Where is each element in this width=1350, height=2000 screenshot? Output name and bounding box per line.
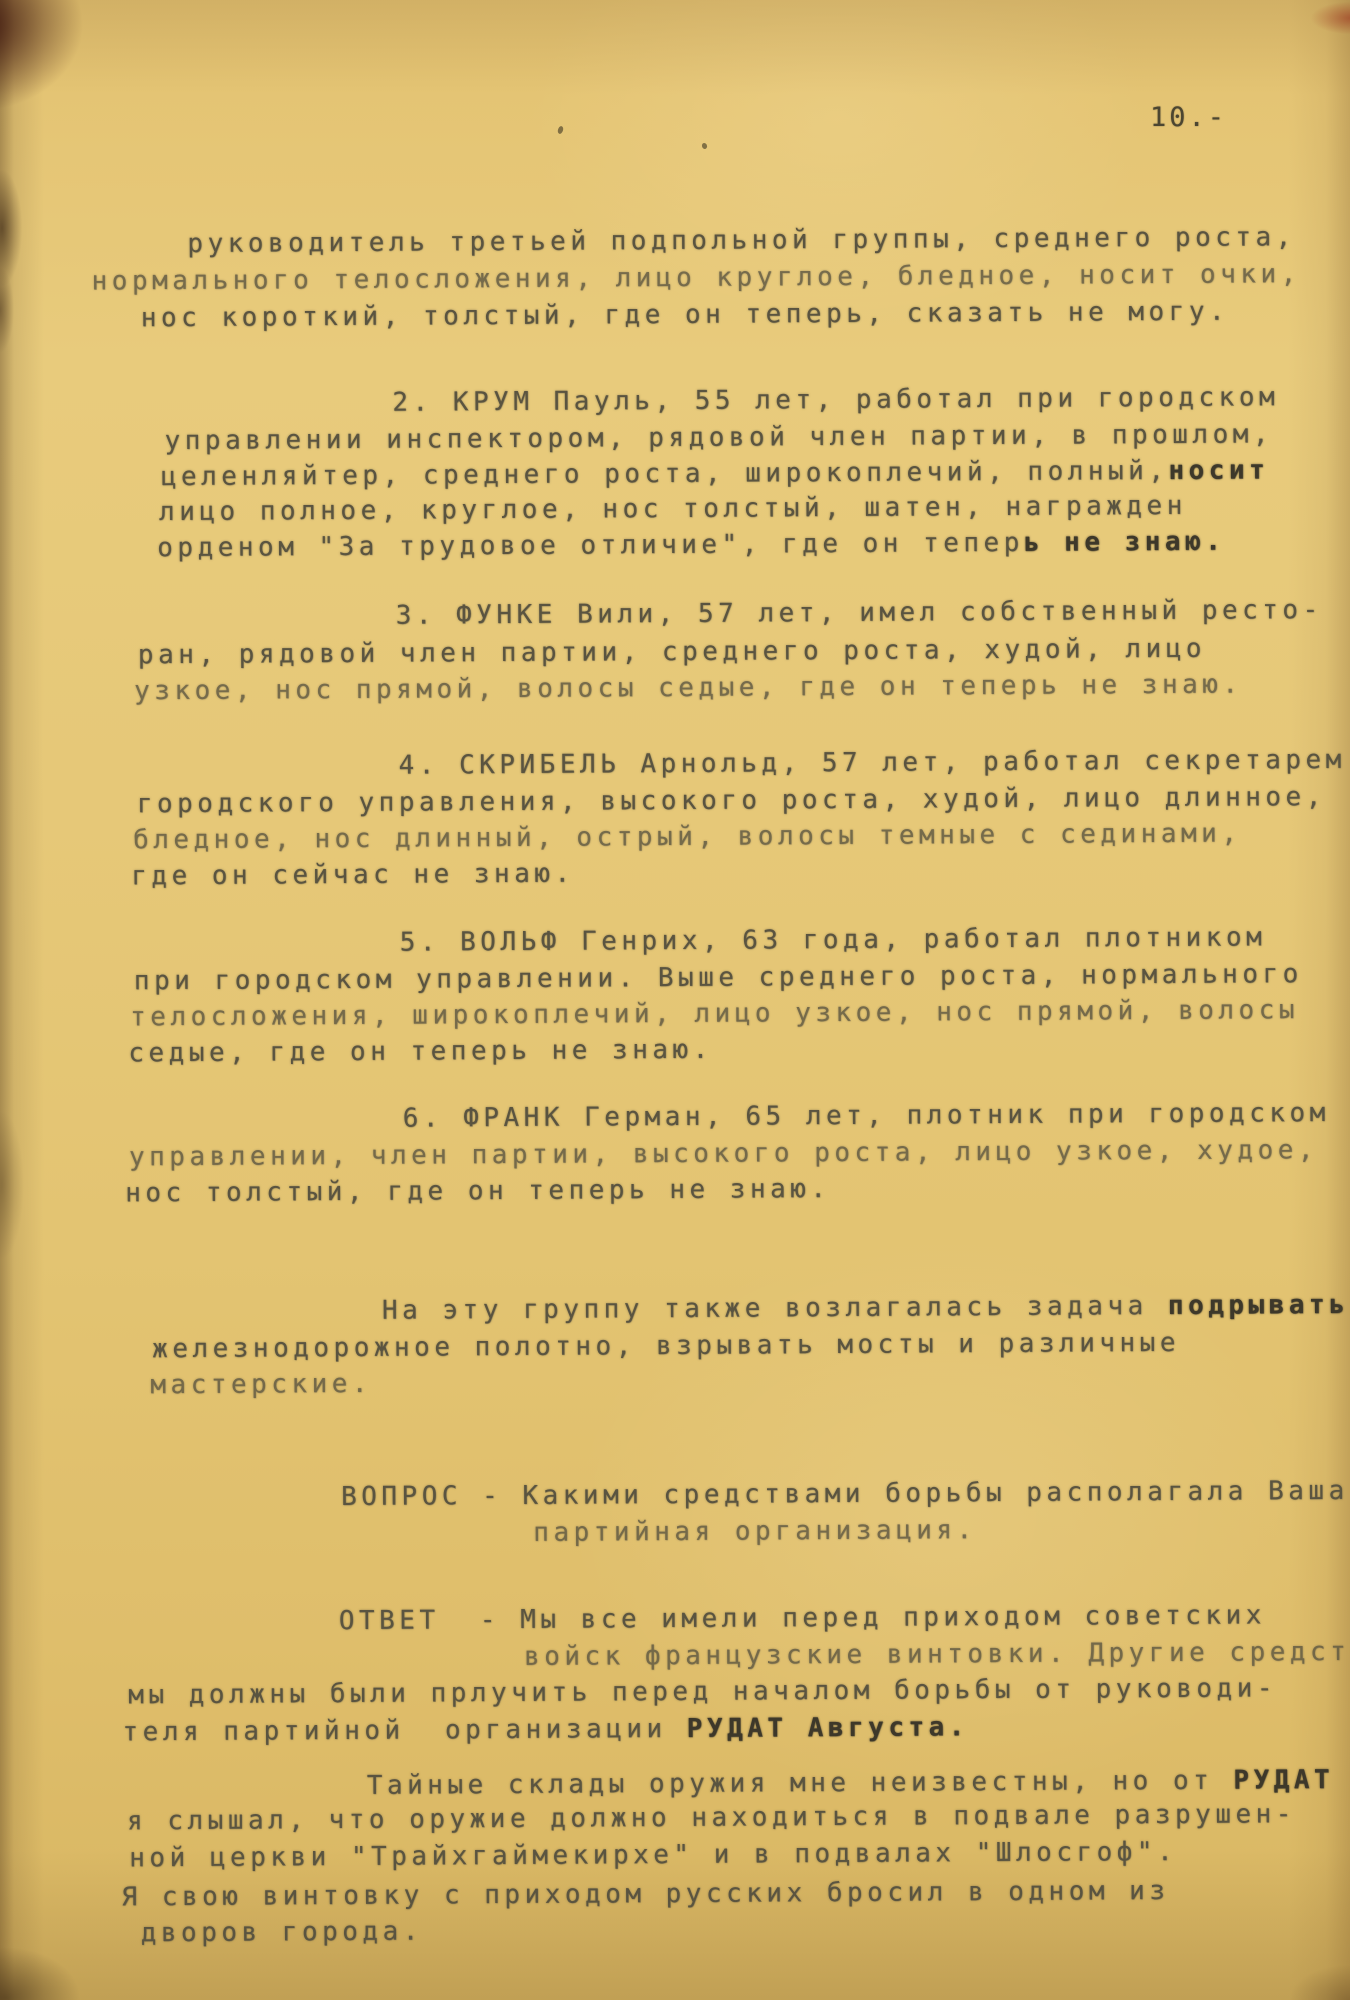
- typed-text: мы должны были прлучить перед началом бо…: [128, 1673, 1277, 1710]
- typed-text: седые, где он теперь не знаю.: [128, 1035, 713, 1069]
- typed-line: 2. КРУМ Пауль, 55 лет, работал при город…: [392, 382, 1279, 417]
- typed-line: управлении, член партии, высокого роста,…: [129, 1135, 1318, 1172]
- typed-text: железнодорожное полотно, взрывать мосты …: [152, 1328, 1180, 1364]
- typed-text: целенляйтер, среднего роста, широкоплечи…: [161, 456, 1169, 492]
- typed-line: мастерские.: [150, 1369, 372, 1400]
- typed-text: 4. СКРИБЕЛЬ Арнольд, 57 лет, работал сек…: [398, 745, 1345, 781]
- typed-text: телосложения, широкоплечий, лицо узкое, …: [130, 995, 1299, 1032]
- typed-line: железнодорожное полотно, взрывать мосты …: [152, 1328, 1180, 1364]
- typed-line: Я свою винтовку с приходом русских броси…: [121, 1876, 1169, 1912]
- typed-text: теля партийной организации: [122, 1714, 686, 1747]
- typed-line: где он сейчас не знаю.: [131, 859, 575, 892]
- typed-text: 2. КРУМ Пауль, 55 лет, работал при город…: [392, 382, 1279, 417]
- typed-line: На эту группу также возлагалась задача п…: [382, 1290, 1350, 1326]
- typed-line: 4. СКРИБЕЛЬ Арнольд, 57 лет, работал сек…: [398, 745, 1345, 781]
- typed-line: узкое, нос прямой, волосы седые, где он …: [134, 670, 1243, 707]
- typed-line: 5. ВОЛЬФ Генрих, 63 года, работал плотни…: [400, 922, 1267, 957]
- typed-text: 6. ФРАНК Герман, 65 лет, плотник при гор…: [403, 1098, 1330, 1134]
- typed-line: теля партийной организации РУДАТ Августа…: [122, 1712, 969, 1747]
- typed-text: дворов города.: [141, 1917, 423, 1949]
- typed-text: где он сейчас не знаю.: [131, 859, 575, 892]
- typed-line: партийная организация.: [533, 1515, 977, 1548]
- typed-text: при городском управлении. Выше среднего …: [134, 959, 1303, 996]
- typed-text: ВОПРОС - Какими средствами борьбы распол…: [341, 1476, 1349, 1512]
- typed-text: я слышал, что оружие должно находиться в…: [127, 1799, 1296, 1836]
- typed-line: лицо полное, круглое, нос толстый, шатен…: [159, 491, 1187, 527]
- typed-line: я слышал, что оружие должно находиться в…: [127, 1799, 1296, 1836]
- typed-text: нос толстый, где он теперь не знаю.: [125, 1174, 831, 1208]
- typed-line: целенляйтер, среднего роста, широкоплечи…: [161, 455, 1270, 492]
- typed-text: руководитель третьей подпольной группы, …: [187, 222, 1296, 259]
- typed-line: бледное, нос длинный, острый, волосы тем…: [133, 819, 1242, 856]
- typed-line: городского управления, высокого роста, х…: [137, 782, 1326, 819]
- typed-text: партийная организация.: [533, 1515, 977, 1548]
- typed-text: мастерские.: [150, 1369, 372, 1400]
- typed-line: мы должны были прлучить перед началом бо…: [128, 1673, 1277, 1710]
- typed-text: бледное, нос длинный, острый, волосы тем…: [133, 819, 1242, 856]
- typed-text: нормального телосложения, лицо круглое, …: [92, 259, 1301, 296]
- typed-text: узкое, нос прямой, волосы седые, где он …: [134, 670, 1243, 707]
- overtyped-text: ь не знаю.: [1024, 527, 1226, 558]
- typed-text: ран, рядовой член партии, среднего роста…: [138, 634, 1206, 671]
- typed-text: войск французские винтовки. Другие средс…: [524, 1637, 1350, 1672]
- typed-line: управлении инспектором, рядовой член пар…: [164, 419, 1273, 456]
- typed-line: орденом "За трудовое отличие", где он те…: [157, 527, 1225, 564]
- typed-text: Тайные склады оружия мне неизвестны, но …: [367, 1766, 1234, 1801]
- document-scan-page: 10.- руководитель третьей подпольной гру…: [0, 0, 1350, 2000]
- typed-text: орденом "За трудовое отличие", где он те…: [157, 528, 1024, 563]
- typed-line: Тайные склады оружия мне неизвестны, но …: [367, 1765, 1335, 1801]
- typed-line: войск французские винтовки. Другие средс…: [524, 1637, 1350, 1672]
- typed-text-layer: руководитель третьей подпольной группы, …: [0, 0, 1350, 2000]
- typed-line: 3. ФУНКЕ Вили, 57 лет, имел собственный …: [396, 595, 1323, 631]
- typed-text: ной церкви "Трайхгаймекирхе" и в подвала…: [129, 1837, 1177, 1873]
- typed-text: управлении инспектором, рядовой член пар…: [164, 419, 1273, 456]
- typed-line: нос толстый, где он теперь не знаю.: [125, 1174, 831, 1208]
- typed-text: лицо полное, круглое, нос толстый, шатен…: [159, 491, 1187, 527]
- typed-line: дворов города.: [141, 1917, 423, 1949]
- typed-line: при городском управлении. Выше среднего …: [134, 959, 1303, 996]
- typed-line: нос короткий, толстый, где он теперь, ск…: [141, 297, 1229, 334]
- typed-line: 6. ФРАНК Герман, 65 лет, плотник при гор…: [403, 1098, 1330, 1134]
- typed-text: нос короткий, толстый, где он теперь, ск…: [141, 297, 1229, 334]
- typed-text: городского управления, высокого роста, х…: [137, 782, 1326, 819]
- typed-line-question: ВОПРОС - Какими средствами борьбы распол…: [341, 1476, 1349, 1512]
- typed-line: седые, где он теперь не знаю.: [128, 1035, 713, 1069]
- typed-text: управлении, член партии, высокого роста,…: [129, 1135, 1318, 1172]
- typed-line: руководитель третьей подпольной группы, …: [187, 222, 1296, 259]
- overtyped-text: подрывать: [1168, 1290, 1350, 1321]
- typed-text: ОТВЕТ - Мы все имели перед приходом сове…: [339, 1600, 1266, 1636]
- typed-line: телосложения, широкоплечий, лицо узкое, …: [130, 995, 1299, 1032]
- typed-text: 5. ВОЛЬФ Генрих, 63 года, работал плотни…: [400, 922, 1267, 957]
- overtyped-text: РУДАТ: [1233, 1765, 1334, 1796]
- overtyped-text: носит: [1168, 455, 1269, 486]
- overtyped-text: РУДАТ Августа.: [687, 1712, 969, 1744]
- typed-text: Я свою винтовку с приходом русских броси…: [121, 1876, 1169, 1912]
- typed-line: ран, рядовой член партии, среднего роста…: [138, 634, 1206, 671]
- typed-line-answer: ОТВЕТ - Мы все имели перед приходом сове…: [339, 1600, 1266, 1636]
- typed-line: ной церкви "Трайхгаймекирхе" и в подвала…: [129, 1837, 1177, 1873]
- typed-line: нормального телосложения, лицо круглое, …: [92, 259, 1301, 296]
- typed-text: На эту группу также возлагалась задача: [382, 1291, 1168, 1326]
- typed-text: 3. ФУНКЕ Вили, 57 лет, имел собственный …: [396, 595, 1323, 631]
